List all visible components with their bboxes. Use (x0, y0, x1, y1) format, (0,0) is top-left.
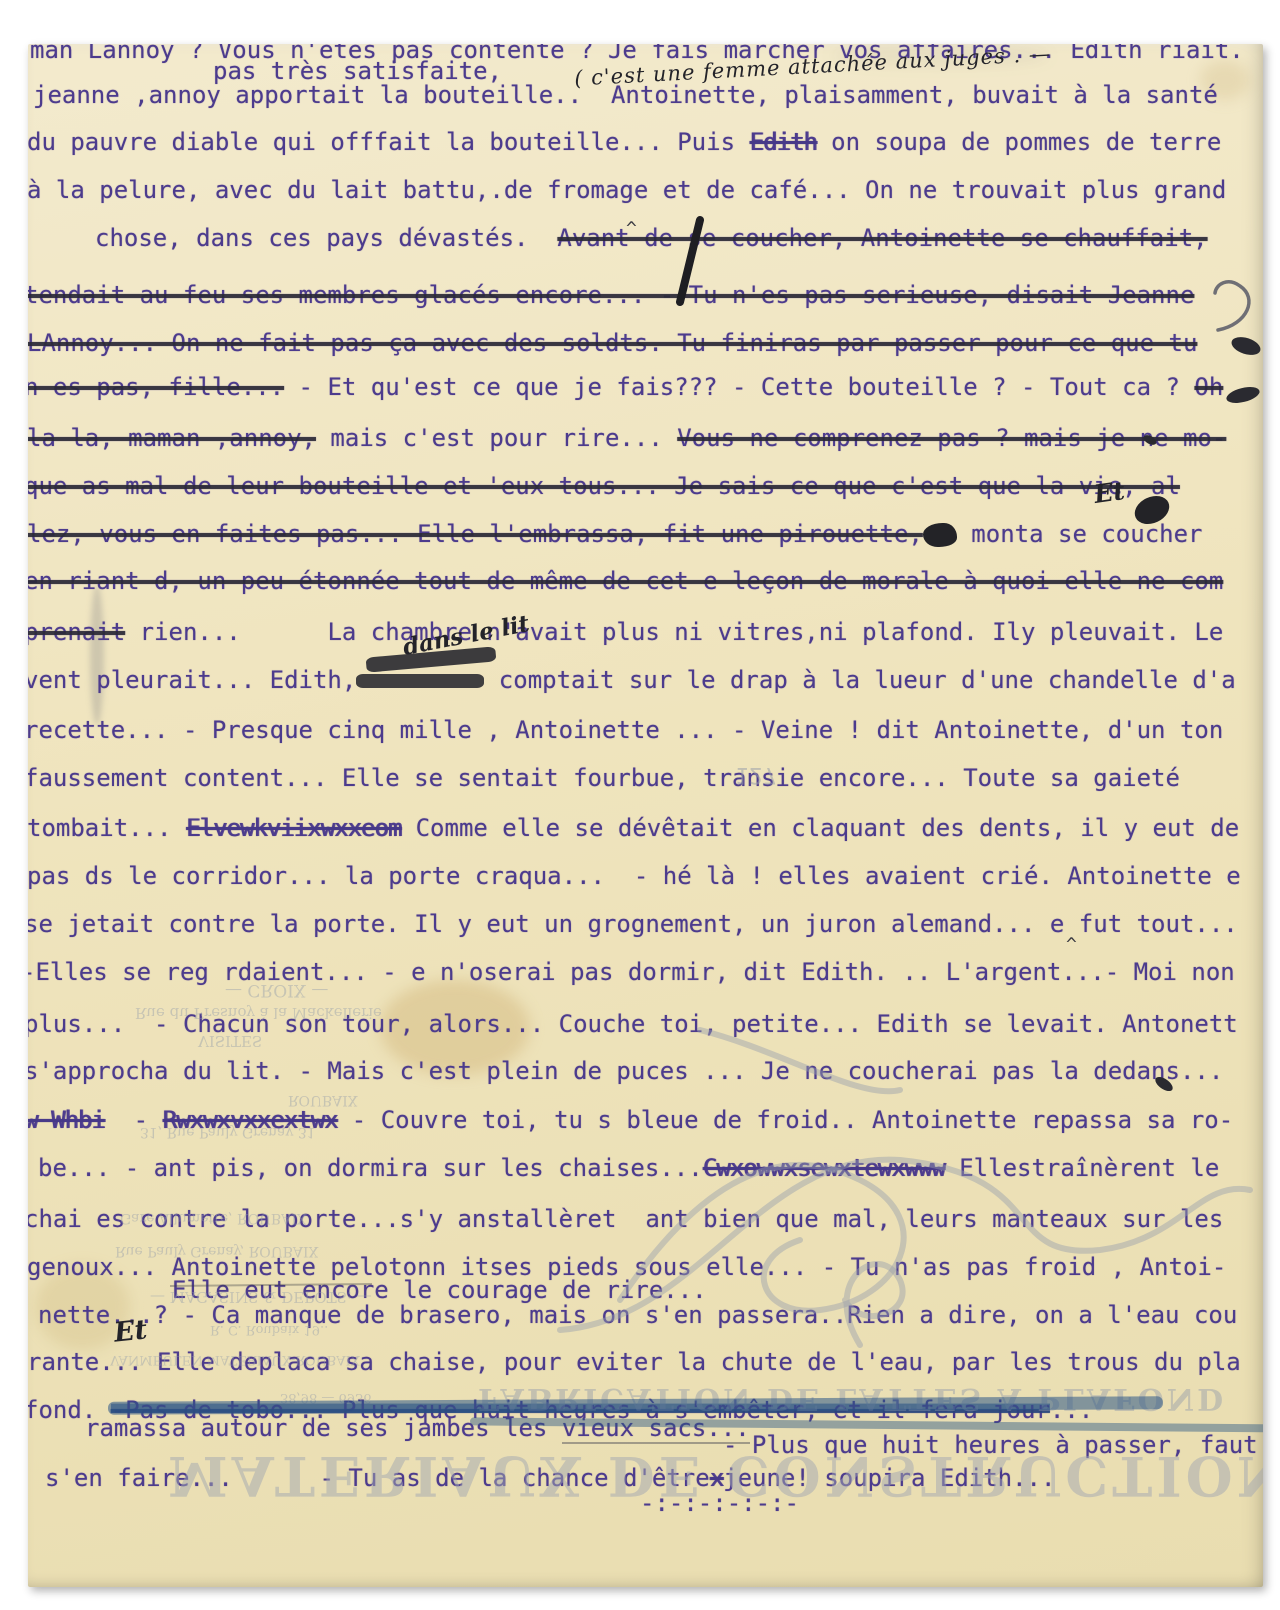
page-content: FABRICATION DE LATTES A PLAFOND MATERIAU… (28, 44, 1263, 1587)
signature-bleed-stroke (560, 1030, 1250, 1345)
caret-mark: ^ (626, 218, 637, 239)
ink-spot (1153, 1074, 1175, 1094)
pencil-hook-mark (1215, 282, 1249, 330)
handwritten-insert-et: Et (1092, 476, 1126, 509)
ink-edge-blob (1229, 334, 1262, 358)
manuscript-paper: FABRICATION DE LATTES A PLAFOND MATERIAU… (28, 44, 1263, 1587)
ink-spot (1142, 433, 1158, 447)
pencil-slash-mark (680, 220, 700, 302)
handwritten-strokes-svg (28, 44, 1263, 1587)
handwritten-margin-et: Et (112, 1314, 148, 1348)
faint-underline (170, 1284, 372, 1286)
ink-edge-blob (1225, 384, 1261, 406)
caret-mark: ^ (1066, 934, 1077, 955)
scanned-typescript-page: { "colors": { "paper": "#efe4bd", "typew… (0, 0, 1280, 1610)
ink-blot (1130, 491, 1174, 530)
